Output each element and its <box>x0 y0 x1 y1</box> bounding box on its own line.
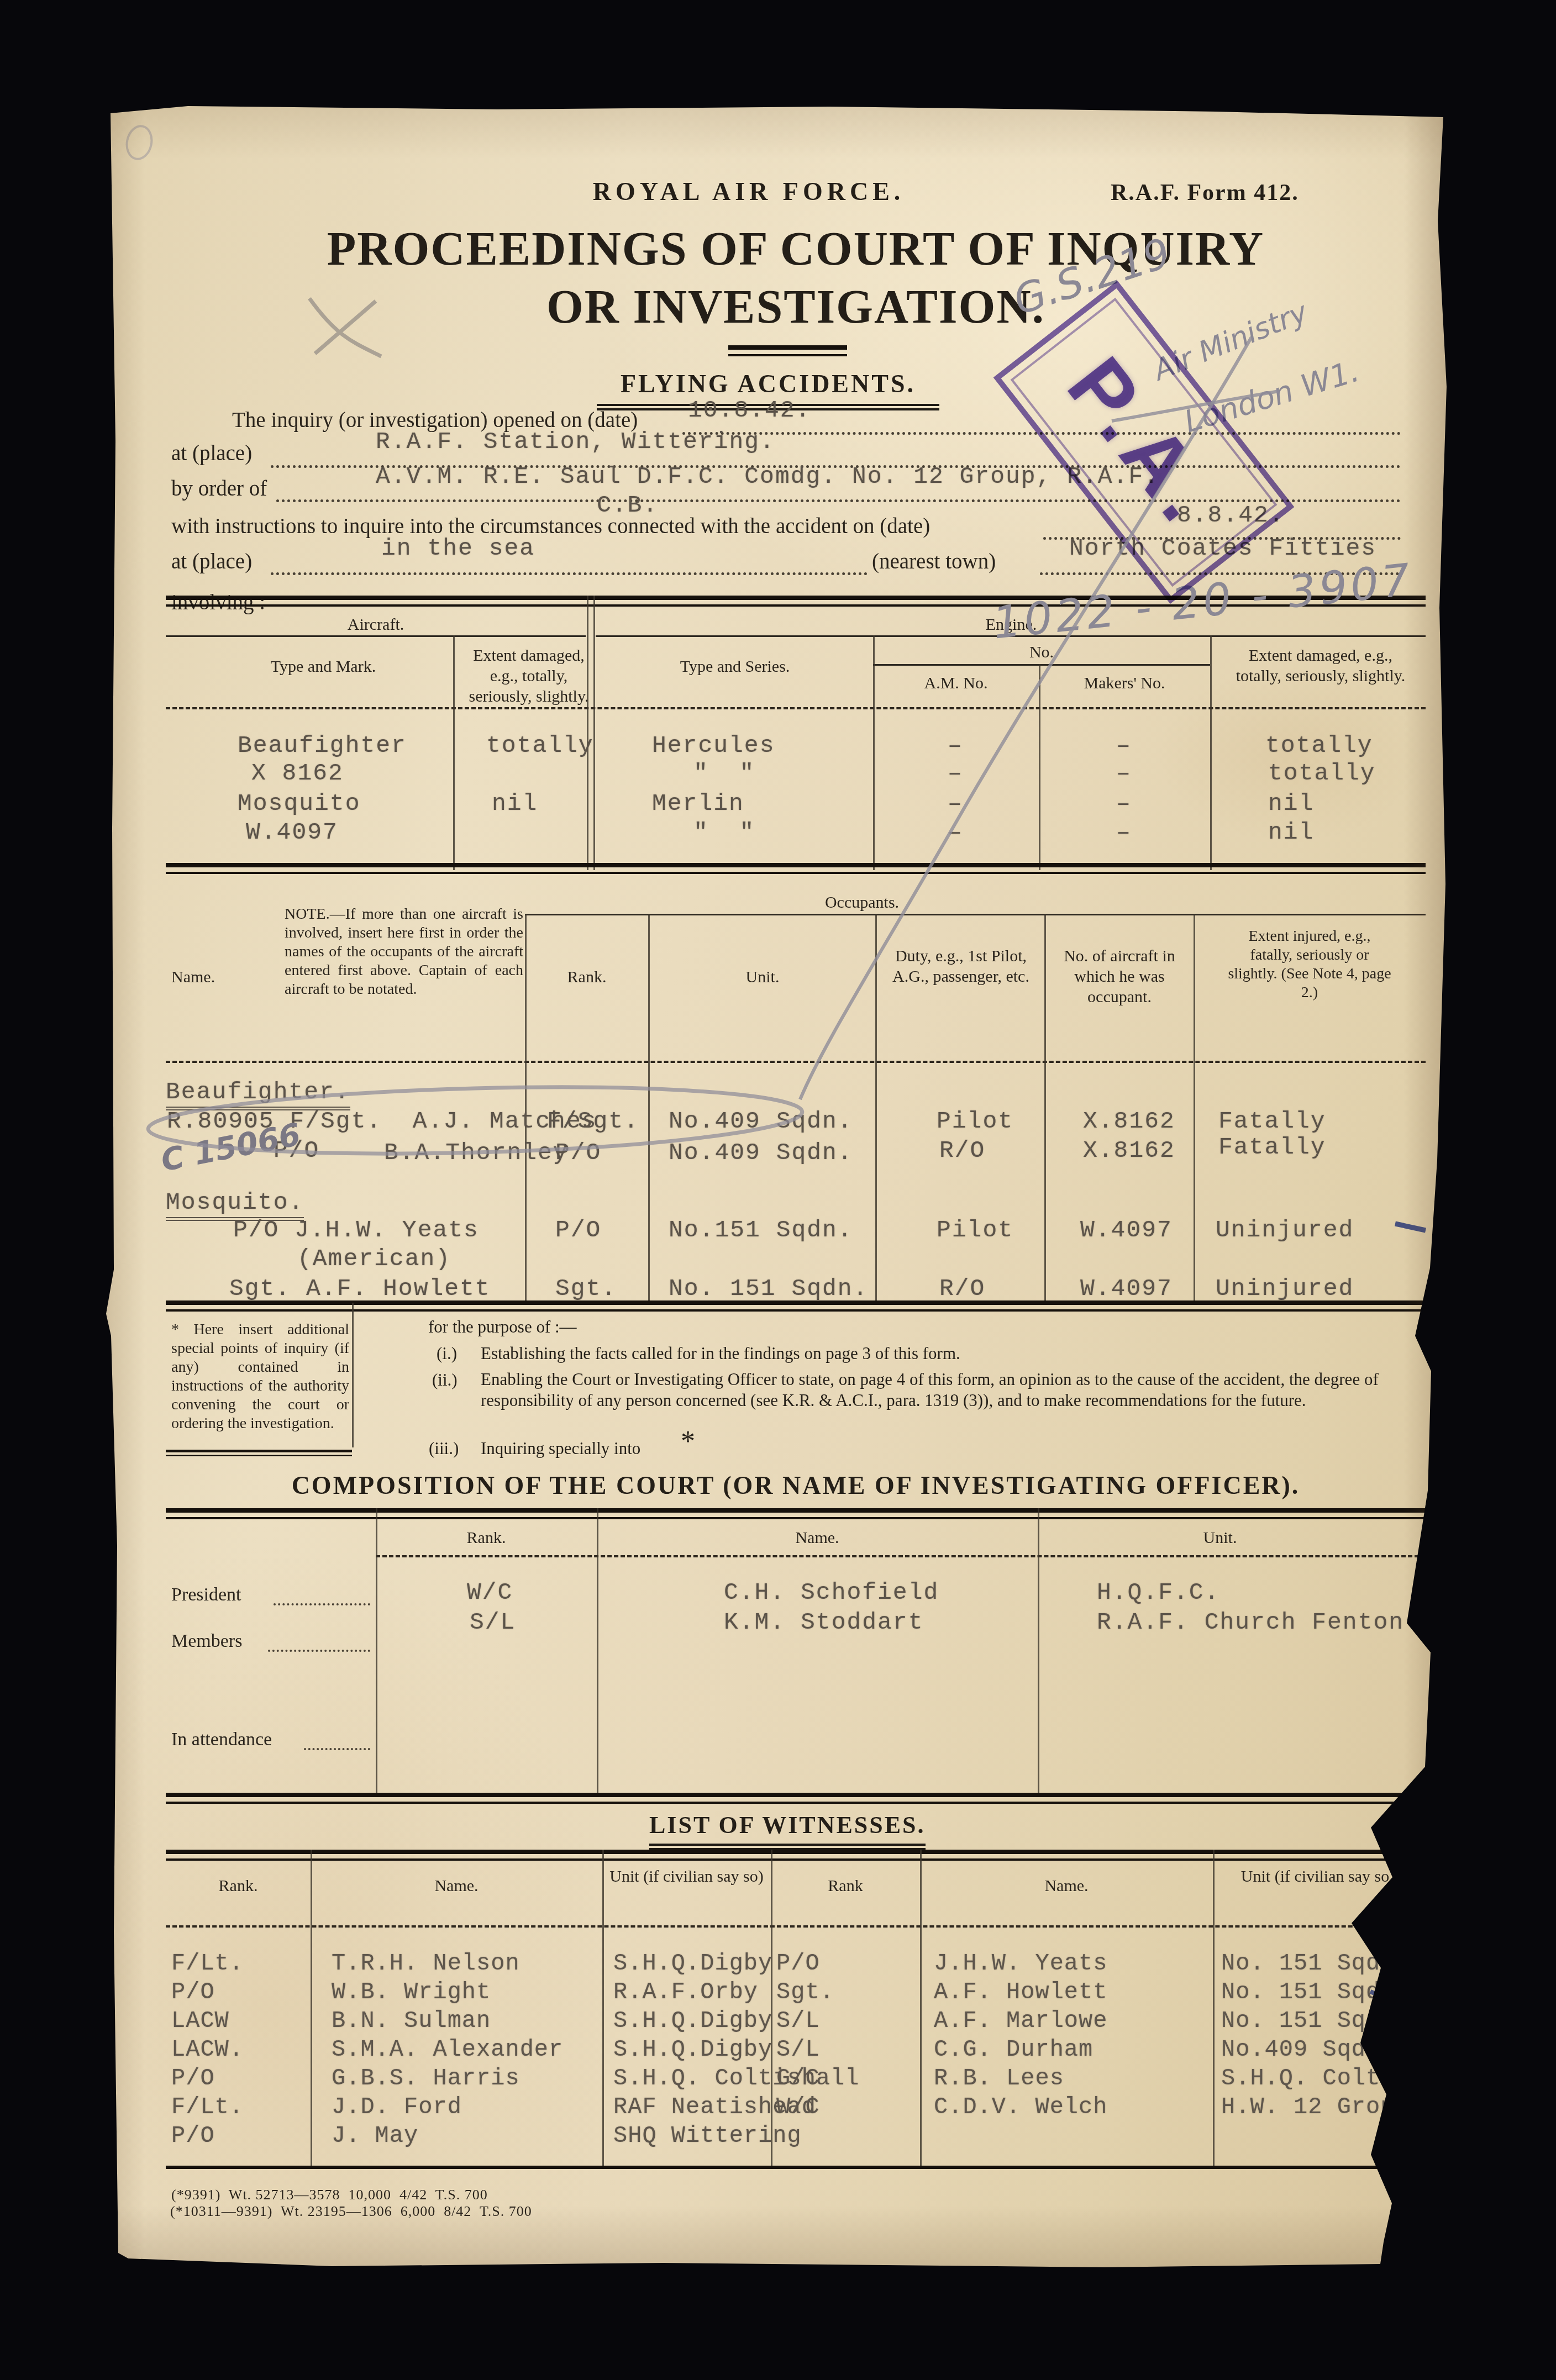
composition-cell: R.A.F. Church Fenton <box>1097 1609 1404 1636</box>
witness-cell: No. 151 Sqdn. <box>1221 1950 1410 1977</box>
column-rule <box>1213 1850 1215 2166</box>
pa-stamp-text: P.A. <box>1049 340 1238 545</box>
dotted-leader <box>304 1748 370 1750</box>
order-value: A.V.M. R.E. Saul D.F.C. Comdg. No. 12 Gr… <box>376 463 1159 490</box>
column-rule <box>597 1508 598 1793</box>
rule <box>166 635 586 637</box>
witness-cell: S/L <box>776 2008 820 2034</box>
witness-cell: C.D.V. Welch <box>934 2094 1107 2120</box>
witness-cell: S.H.Q.Digby <box>613 1950 772 1977</box>
item-ii-text: Enabling the Court or Investigating Offi… <box>481 1369 1427 1411</box>
aircraft-cell: " " <box>693 760 755 787</box>
table-top-rule <box>166 1508 1426 1519</box>
rule <box>352 1303 354 1447</box>
group-label: Beaufighter. <box>166 1078 350 1110</box>
president-label: President <box>171 1584 241 1605</box>
witness-cell: G.B.S. Harris <box>332 2065 520 2092</box>
witness-cell: LACW. <box>171 2036 244 2063</box>
aircraft-cell: – <box>1116 760 1132 787</box>
instructions-label: with instructions to inquire into the ci… <box>171 514 930 539</box>
witness-cell: No. 151 Sqdn. <box>1221 1979 1410 2005</box>
occupant-cell: Fatally <box>1218 1134 1326 1161</box>
dotted-leader <box>274 1603 370 1605</box>
occupant-cell: Uninjured <box>1216 1217 1354 1244</box>
witness-cell: Sgt. <box>776 1979 834 2005</box>
witness-cell: J. May <box>332 2123 418 2149</box>
composition-cell: W/C <box>467 1579 513 1606</box>
occupant-cell: R/O <box>939 1137 985 1164</box>
wit-col-rank-r: Rank <box>771 1876 920 1896</box>
occupant-cell: Pilot <box>937 1108 1013 1135</box>
occupant-cell: Sgt. <box>555 1275 617 1302</box>
col-makers-no: Makers' No. <box>1044 673 1205 693</box>
place-label: at (place) <box>171 441 252 466</box>
witness-cell: F/Lt. <box>171 1950 244 1977</box>
col-rank: Rank. <box>532 967 642 987</box>
form-title-line1: PROCEEDINGS OF COURT OF INQUIRY <box>166 221 1426 276</box>
occupant-cell: No.409 Sqdn. <box>669 1139 853 1166</box>
occupant-cell: No.151 Sqdn. <box>669 1217 853 1244</box>
ink-mark <box>1395 1224 1426 1230</box>
form-page: ROYAL AIR FORCE. R.A.F. Form 412. PROCEE… <box>105 105 1450 2271</box>
comp-col-name: Name. <box>597 1528 1038 1548</box>
item-i-label: (i.) <box>437 1342 457 1365</box>
aircraft-cell: – <box>948 732 963 759</box>
aircraft-cell: Mosquito <box>238 790 360 817</box>
aircraft-cell: Hercules <box>652 732 775 759</box>
column-rule <box>1194 914 1195 1300</box>
col-extent-injured: Extent injured, e.g., fatally, seriously… <box>1227 927 1392 1002</box>
occupant-cell: Uninjured <box>1216 1275 1354 1302</box>
imprint-line1: (*9391) Wt. 52713—3578 10,000 4/42 T.S. … <box>171 2187 488 2203</box>
occupant-cell: No.409 Sqdn. <box>669 1108 853 1135</box>
occupant-cell: R/O <box>939 1275 985 1302</box>
attendance-label: In attendance <box>171 1729 272 1750</box>
header-rule <box>376 1555 1426 1557</box>
column-rule <box>453 635 455 870</box>
place2-value: in the sea <box>381 535 535 562</box>
witness-cell: P/O <box>171 1979 215 2005</box>
aircraft-cell: X 8162 <box>251 760 344 787</box>
witness-cell: B.N. Sulman <box>332 2008 491 2034</box>
aircraft-cell: nil <box>492 790 538 817</box>
header-rule <box>166 707 1426 709</box>
occupant-cell: X.8162 <box>1083 1137 1175 1164</box>
members-label: Members <box>171 1631 242 1652</box>
witness-cell: H.W. 12 Group <box>1221 2094 1410 2120</box>
occupant-cell: (American) <box>297 1245 451 1272</box>
col-extent-damaged2: Extent damaged, e.g., totally, seriously… <box>1229 645 1412 686</box>
column-rule <box>525 914 527 1300</box>
aircraft-cell: totally <box>486 732 594 759</box>
item-iii-text: Inquiring specially into <box>481 1438 640 1460</box>
witness-cell: S/L <box>776 2036 820 2063</box>
occupant-cell: No. 151 Sqdn. <box>669 1275 868 1302</box>
witness-cell: R.A.F.Orby <box>613 1979 758 2005</box>
witness-cell: SHQ Wittering <box>613 2123 802 2149</box>
dotted-line <box>271 572 868 575</box>
aircraft-cell: – <box>948 790 963 817</box>
witness-cell: J.D. Ford <box>332 2094 462 2120</box>
occupant-cell: W.4097 <box>1080 1275 1173 1302</box>
ink-mark <box>1370 1992 1395 2002</box>
item-ii-label: (ii.) <box>432 1369 458 1391</box>
occupant-cell: B.A.Thornley <box>384 1139 569 1166</box>
witness-cell: W/C <box>776 2094 820 2120</box>
rule <box>166 1450 352 1456</box>
column-rule <box>875 914 877 1300</box>
aircraft-cell: – <box>1116 819 1132 846</box>
title-divider-rule <box>728 345 847 356</box>
column-rule <box>920 1850 922 2166</box>
nearest-town-label: (nearest town) <box>872 549 996 574</box>
occupant-cell: F/Sgt. <box>547 1108 639 1135</box>
column-rule <box>1038 1508 1039 1793</box>
item-iii-label: (iii.) <box>429 1438 459 1460</box>
aircraft-cell: totally <box>1265 732 1373 759</box>
occupant-cell: P/O <box>555 1217 601 1244</box>
opened-date-value: 10.8.42. <box>688 397 811 424</box>
header-rule <box>166 1925 1426 1928</box>
aircraft-cell: " " <box>693 819 755 846</box>
composition-cell: S/L <box>470 1609 516 1636</box>
comp-col-rank: Rank. <box>376 1528 597 1548</box>
witness-cell: S.M.A. Alexander <box>332 2036 563 2063</box>
imprint-line2: (*10311—9391) Wt. 23195—1306 6,000 8/42 … <box>170 2203 532 2220</box>
witness-cell: A.F. Howlett <box>934 1979 1107 2005</box>
table-top-rule <box>166 1850 1426 1861</box>
witness-cell: No.409 Sqdn. <box>1221 2036 1395 2063</box>
witness-cell: S.H.Q.Digby <box>613 2036 772 2063</box>
occupant-cell: Fatally <box>1218 1108 1326 1135</box>
aircraft-cell: nil <box>1268 790 1314 817</box>
header-rule <box>166 1061 1426 1063</box>
wit-col-name-l: Name. <box>311 1876 602 1896</box>
aircraft-cell: – <box>948 760 963 787</box>
col-am-no: A.M. No. <box>890 673 1022 693</box>
column-rule <box>1210 635 1212 870</box>
wit-col-unit-l: Unit (if civilian say so) <box>605 1866 768 1887</box>
column-rule <box>1039 664 1040 870</box>
col-name: Name. <box>171 967 215 987</box>
column-rule <box>648 914 650 1300</box>
witness-cell: S.H.Q. Coltishall <box>1221 2065 1467 2092</box>
occupant-cell: Pilot <box>937 1217 1013 1244</box>
witness-cell: W.B. Wright <box>332 1979 491 2005</box>
comp-col-unit: Unit. <box>1038 1528 1402 1548</box>
col-extent-damaged: Extent damaged, e.g., totally, seriously… <box>460 645 598 707</box>
table-bottom-rule <box>166 863 1426 874</box>
col-type-series: Type and Series. <box>652 656 818 677</box>
witness-cell: A.F. Marlowe <box>934 2008 1107 2034</box>
aircraft-cell: – <box>948 819 963 846</box>
column-rule <box>1044 914 1046 1300</box>
composition-title: COMPOSITION OF THE COURT (OR NAME OF INV… <box>166 1471 1426 1500</box>
wit-col-rank-l: Rank. <box>166 1876 311 1896</box>
witness-cell: P/O <box>171 2065 215 2092</box>
rule <box>525 914 1426 915</box>
form-number: R.A.F. Form 412. <box>1111 180 1299 206</box>
col-duty: Duty, e.g., 1st Pilot, A.G., passenger, … <box>887 946 1035 987</box>
aircraft-cell: Beaufighter <box>238 732 407 759</box>
witness-cell: T.R.H. Nelson <box>332 1950 520 1977</box>
aircraft-cell: – <box>1116 790 1132 817</box>
witness-cell: LACW <box>171 2008 229 2034</box>
col-unit: Unit. <box>658 967 868 987</box>
table-bottom-rule <box>166 1300 1426 1312</box>
item-iii-asterisk: * <box>681 1425 695 1458</box>
composition-cell: C.H. Schofield <box>724 1579 939 1606</box>
aircraft-cell: W.4097 <box>246 819 338 846</box>
witness-cell: No. 151 Sqdn. <box>1221 2008 1410 2034</box>
witness-cell: R.B. Lees <box>934 2065 1064 2092</box>
occupant-cell: X.8162 <box>1083 1108 1175 1135</box>
aircraft-section-header: Aircraft. <box>238 614 514 635</box>
table-bottom-rule <box>166 2166 1426 2169</box>
column-rule <box>873 635 875 870</box>
item-i-text: Establishing the facts called for in the… <box>481 1342 1426 1365</box>
side-note: * Here insert additional special points … <box>171 1320 349 1433</box>
column-rule <box>376 1508 377 1793</box>
witness-cell: P/O <box>776 1950 820 1977</box>
col-no: No. <box>873 642 1210 662</box>
witness-cell: J.H.W. Yeats <box>934 1950 1107 1977</box>
occupants-note: NOTE.—If more than one aircraft is invol… <box>285 905 523 999</box>
composition-cell: H.Q.F.C. <box>1097 1579 1219 1606</box>
purpose-intro: for the purpose of :— <box>428 1316 577 1338</box>
occupant-cell: W.4097 <box>1080 1217 1173 1244</box>
dotted-leader <box>268 1650 370 1652</box>
witness-cell: S.H.Q. Coltishall <box>613 2065 859 2092</box>
place-value: R.A.F. Station, Wittering. <box>376 428 775 455</box>
col-aircraft-no: No. of aircraft in which he was occupant… <box>1051 946 1188 1007</box>
witness-cell: P/O <box>171 2123 215 2149</box>
document-scan: ROYAL AIR FORCE. R.A.F. Form 412. PROCEE… <box>0 0 1556 2380</box>
aircraft-cell: totally <box>1268 760 1376 787</box>
occupant-cell: P/O <box>555 1139 601 1166</box>
col-type-mark: Type and Mark. <box>240 656 406 677</box>
witness-cell: G/C <box>776 2065 820 2092</box>
wit-col-unit-r: Unit (if civilian say so) <box>1229 1866 1406 1887</box>
column-rule <box>311 1850 312 2166</box>
witness-cell: S.H.Q.Digby <box>613 2008 772 2034</box>
service-heading: ROYAL AIR FORCE. <box>558 177 939 206</box>
occupants-section-header: Occupants. <box>530 892 1194 913</box>
aircraft-cell: Merlin <box>652 790 744 817</box>
witness-cell: F/Lt. <box>171 2094 244 2120</box>
occupant-cell: P/O J.H.W. Yeats <box>233 1217 479 1244</box>
table-bottom-rule <box>166 1793 1426 1804</box>
order-label: by order of <box>171 476 267 501</box>
pencil-corner-mark <box>124 124 155 161</box>
wit-col-name-r: Name. <box>920 1876 1213 1896</box>
place2-label: at (place) <box>171 549 252 574</box>
witness-cell: C.G. Durham <box>934 2036 1093 2063</box>
aircraft-cell: – <box>1116 732 1132 759</box>
composition-cell: K.M. Stoddart <box>724 1609 923 1636</box>
rule <box>873 664 1210 666</box>
witnesses-title: LIST OF WITNESSES. <box>649 1811 926 1850</box>
aircraft-cell: nil <box>1268 819 1314 846</box>
column-rule <box>602 1850 604 2166</box>
occupant-cell: Sgt. A.F. Howlett <box>229 1275 491 1302</box>
